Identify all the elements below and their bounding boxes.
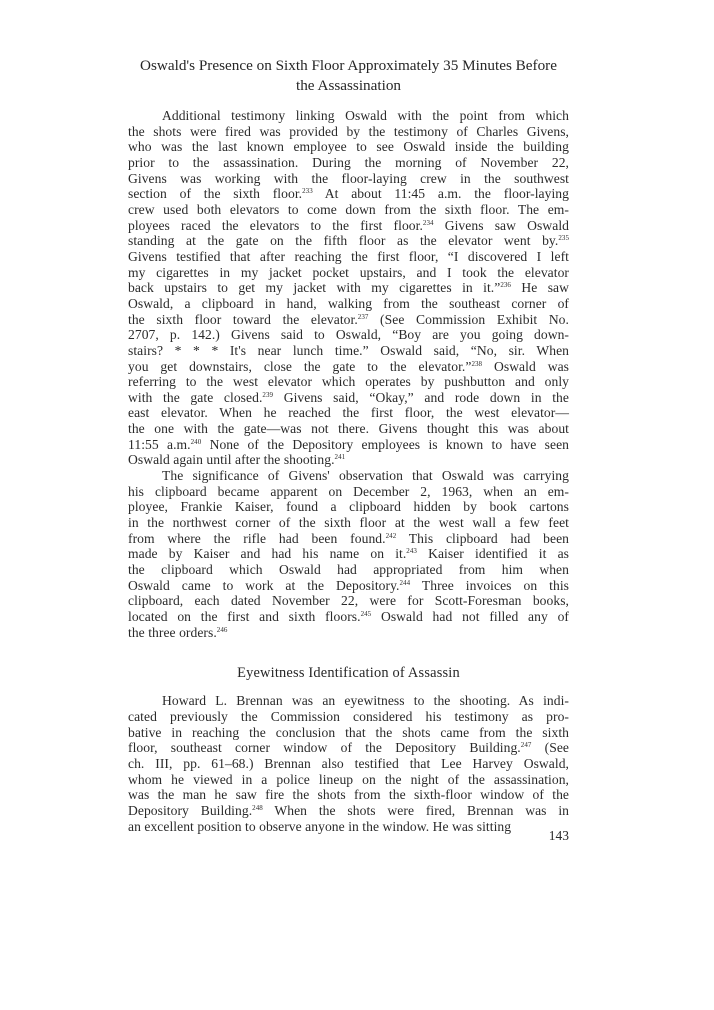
text-line: crew used both elevators to come down fr…: [128, 202, 569, 218]
text-line: Givens was working with the floor-laying…: [128, 171, 569, 187]
text-line: east elevator. When he reached the first…: [128, 405, 569, 421]
footnote-reference: 233: [302, 187, 313, 195]
text-line: Howard L. Brennan was an eyewitness to t…: [128, 693, 569, 709]
text-line: the sixth floor toward the elevator.237 …: [128, 312, 569, 328]
text-line: was the man he saw fire the shots from t…: [128, 787, 569, 803]
footnote-reference: 246: [217, 626, 228, 634]
text-line: Givens testified that after reaching the…: [128, 249, 569, 265]
text-line: 2707, p. 142.) Givens said to Oswald, “B…: [128, 327, 569, 343]
text-line: my cigarettes in my jacket pocket upstai…: [128, 265, 569, 281]
text-line: bative in reaching the conclusion that t…: [128, 725, 569, 741]
footnote-reference: 241: [335, 453, 346, 461]
footnote-reference: 237: [358, 313, 369, 321]
text-line: the three orders.246: [128, 625, 569, 641]
text-line: floor, southeast corner window of the De…: [128, 740, 569, 756]
footnote-reference: 234: [423, 219, 434, 227]
text-line: Additional testimony linking Oswald with…: [128, 108, 569, 124]
text-line: the clipboard which Oswald had appropria…: [128, 562, 569, 578]
text-line: made by Kaiser and had his name on it.24…: [128, 546, 569, 562]
text-line: clipboard, each dated November 22, were …: [128, 593, 569, 609]
footnote-reference: 235: [558, 234, 569, 242]
text-line: whom he viewed in a police lineup on the…: [128, 772, 569, 788]
footnote-reference: 240: [191, 438, 202, 446]
text-line: ch. III, pp. 61–68.) Brennan also testif…: [128, 756, 569, 772]
text-line: back upstairs to get my jacket with my c…: [128, 280, 569, 296]
heading-line-2: the Assassination: [128, 76, 569, 96]
text-line: the one with the gate—was not there. Giv…: [128, 421, 569, 437]
paragraph-clipboard-significance: The significance of Givens' observation …: [128, 468, 569, 640]
section-heading-oswald-sixth-floor: Oswald's Presence on Sixth Floor Approxi…: [128, 56, 569, 96]
text-line: ployee, Frankie Kaiser, found a clipboar…: [128, 499, 569, 515]
footnote-reference: 238: [471, 360, 482, 368]
footnote-reference: 243: [406, 547, 417, 555]
heading-line-1: Oswald's Presence on Sixth Floor Approxi…: [128, 56, 569, 76]
text-line: Oswald, a clipboard in hand, walking fro…: [128, 296, 569, 312]
footnote-reference: 239: [262, 391, 273, 399]
footnote-reference: 248: [252, 804, 263, 812]
section-heading-eyewitness: Eyewitness Identification of Assassin: [128, 663, 569, 683]
text-line: standing at the gate on the fifth floor …: [128, 233, 569, 249]
text-line: from where the rifle had been found.242 …: [128, 531, 569, 547]
text-line: in the northwest corner of the sixth flo…: [128, 515, 569, 531]
text-line: stairs? * * * It's near lunch time.” Osw…: [128, 343, 569, 359]
document-page: Oswald's Presence on Sixth Floor Approxi…: [128, 56, 569, 834]
text-line: located on the first and sixth floors.24…: [128, 609, 569, 625]
text-line: the shots were fired was provided by the…: [128, 124, 569, 140]
text-line: with the gate closed.239 Givens said, “O…: [128, 390, 569, 406]
footnote-reference: 236: [500, 281, 511, 289]
text-line: referring to the west elevator which ope…: [128, 374, 569, 390]
text-line: Oswald again until after the shooting.24…: [128, 452, 569, 468]
footnote-reference: 245: [361, 610, 372, 618]
text-line: The significance of Givens' observation …: [128, 468, 569, 484]
text-line: prior to the assassination. During the m…: [128, 155, 569, 171]
text-line: ployees raced the elevators to the first…: [128, 218, 569, 234]
footnote-reference: 244: [400, 579, 411, 587]
text-line: who was the last known employee to see O…: [128, 139, 569, 155]
paragraph-givens-testimony: Additional testimony linking Oswald with…: [128, 108, 569, 468]
text-line: his clipboard became apparent on Decembe…: [128, 484, 569, 500]
text-line: cated previously the Commission consider…: [128, 709, 569, 725]
page-number: 143: [128, 828, 569, 844]
text-line: section of the sixth floor.233 At about …: [128, 186, 569, 202]
footnote-reference: 247: [521, 741, 532, 749]
text-line: 11:55 a.m.240 None of the Depository emp…: [128, 437, 569, 453]
footnote-reference: 242: [386, 532, 397, 540]
text-line: Oswald came to work at the Depository.24…: [128, 578, 569, 594]
text-line: Depository Building.248 When the shots w…: [128, 803, 569, 819]
text-line: you get downstairs, close the gate to th…: [128, 359, 569, 375]
paragraph-brennan-testimony: Howard L. Brennan was an eyewitness to t…: [128, 693, 569, 834]
